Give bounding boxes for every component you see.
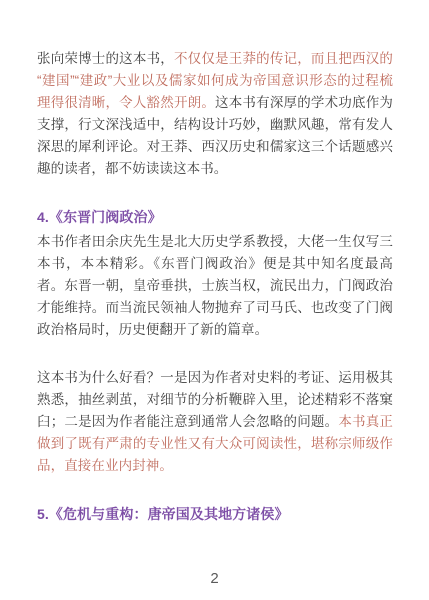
paragraph-dongjin-intro: 本书作者田余庆先生是北大历史学系教授，大佬一生仅写三本书，本本精彩。《东晋门阀政… xyxy=(37,231,393,341)
page-number: 2 xyxy=(0,568,429,600)
paragraph-wangmang-review: 张向荣博士的这本书，不仅仅是王莽的传记，而且把西汉的“建国”“建政”大业以及儒家… xyxy=(37,48,393,180)
section-heading-book-5: 5.《危机与重构：唐帝国及其地方诸侯》 xyxy=(37,503,393,525)
article-page: 张向荣博士的这本书，不仅仅是王莽的传记，而且把西汉的“建国”“建政”大业以及儒家… xyxy=(0,0,429,600)
text-segment-plain: 张向荣博士的这本书， xyxy=(37,51,174,66)
paragraph-dongjin-why-good: 这本书为什么好看？一是因为作者对史料的考证、运用极其熟悉，抽丝剥茧，对细节的分析… xyxy=(37,367,393,477)
section-heading-book-4: 4.《东晋门阀政治》 xyxy=(37,206,393,228)
